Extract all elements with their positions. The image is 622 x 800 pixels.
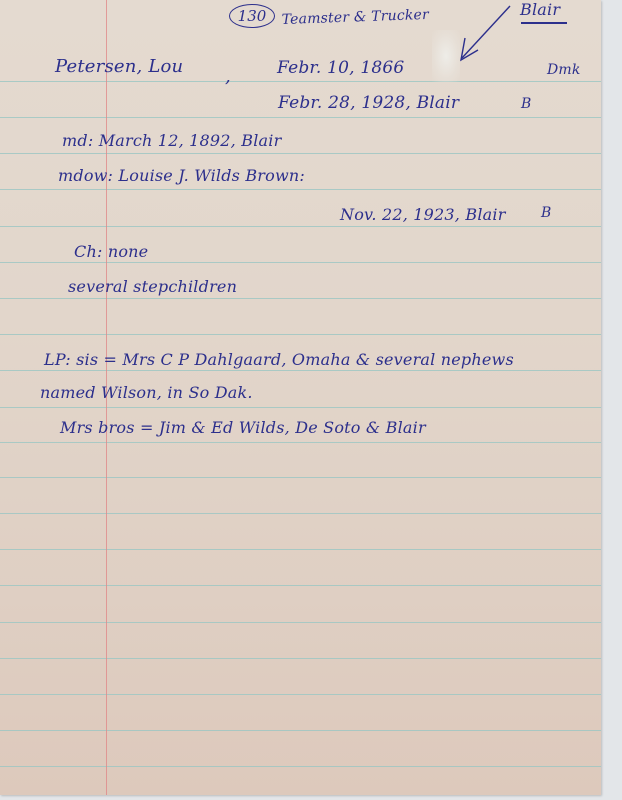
rule-line (0, 549, 601, 550)
spouse-record: mdow: Louise J. Wilds Brown: (58, 166, 305, 185)
spouse-burial-mark: B (541, 205, 552, 221)
rule-line (0, 334, 601, 335)
arrow-pointing-down-left-icon (0, 0, 601, 100)
rule-line (0, 153, 601, 154)
death-date: Febr. 28, 1928, Blair (278, 93, 459, 113)
rule-line (0, 442, 601, 443)
birth-date: Febr. 10, 1866 (277, 58, 404, 78)
children-record: Ch: none (74, 242, 148, 261)
rule-line (0, 189, 601, 190)
rule-line (0, 477, 601, 478)
rule-line (0, 766, 601, 767)
rule-line (0, 407, 601, 408)
marriage-record: md: March 12, 1892, Blair (62, 131, 281, 150)
stepchildren-record: several stepchildren (68, 277, 237, 296)
rule-line (0, 262, 601, 263)
survivors-line-1: LP: sis = Mrs C P Dahlgaard, Omaha & sev… (44, 350, 514, 369)
birth-place: Dmk (547, 62, 581, 78)
wife-brothers-record: Mrs bros = Jim & Ed Wilds, De Soto & Bla… (60, 418, 426, 437)
person-name: Petersen, Lou (55, 56, 183, 77)
spouse-death-date: Nov. 22, 1923, Blair (340, 205, 506, 224)
rule-line (0, 658, 601, 659)
survivors-line-2: named Wilson, in So Dak. (40, 383, 253, 402)
rule-line (0, 513, 601, 514)
rule-line (0, 117, 601, 118)
rule-line (0, 694, 601, 695)
rule-line (0, 298, 601, 299)
rule-line (0, 585, 601, 586)
rule-line (0, 370, 601, 371)
ruled-paper-sheet: 130 Teamster & Trucker Blair Petersen, L… (0, 0, 601, 795)
rule-line (0, 622, 601, 623)
rule-line (0, 226, 601, 227)
rule-line (0, 730, 601, 731)
name-comma: , (225, 66, 231, 87)
death-burial-mark: B (521, 96, 532, 112)
